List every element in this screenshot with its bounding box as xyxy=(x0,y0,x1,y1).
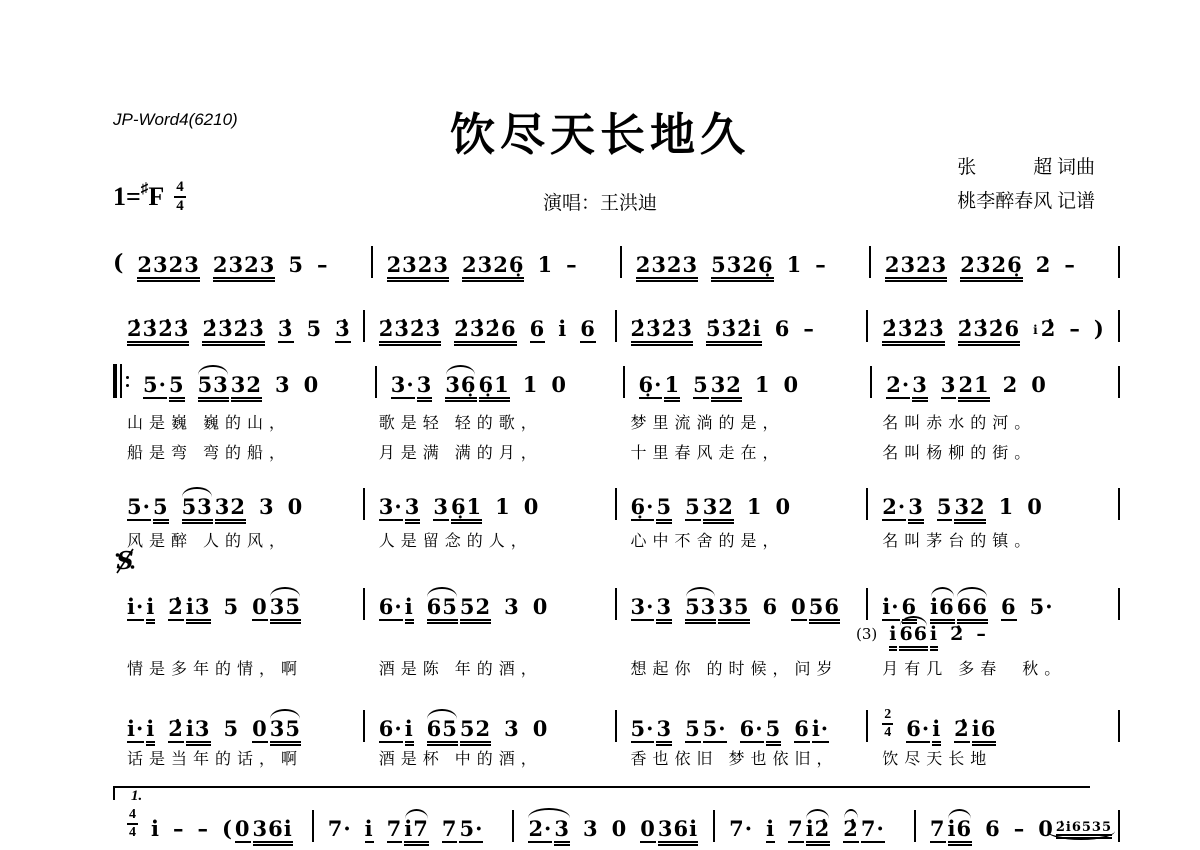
note-token: 5 xyxy=(693,373,709,402)
note-token: i xyxy=(405,717,414,746)
measure: 5·5533230 xyxy=(129,373,375,402)
note-token: 3 xyxy=(912,373,928,402)
note-token: 5 xyxy=(656,495,672,524)
note-token: 5 xyxy=(224,717,240,746)
measure: 2·330036i xyxy=(514,817,713,846)
note-token: 6̣1 xyxy=(451,495,482,524)
note-group: 3 xyxy=(275,373,291,402)
note-group: 2323 xyxy=(636,253,698,282)
note-token: – xyxy=(173,817,185,846)
third-verse-alternative: (3)i66i2̇– xyxy=(856,624,987,651)
lyric-cell: 心中不舍的是， xyxy=(617,528,869,551)
note-token: 2· xyxy=(886,373,910,402)
note-token: 35 xyxy=(718,595,749,624)
note-group: i66i xyxy=(889,624,938,651)
note-group: 6i· xyxy=(794,717,829,746)
note-group: 7· xyxy=(729,817,753,846)
note-group: 0 xyxy=(776,495,792,524)
note-group: – xyxy=(976,624,987,651)
slur-arc xyxy=(198,365,227,375)
lyric-cell: 船是弯 弯的船， xyxy=(113,440,365,463)
note-token: 5· xyxy=(703,717,727,746)
lyric-cell: 十里春风走在， xyxy=(617,440,869,463)
note-group: i xyxy=(558,317,567,346)
note-token: 36i xyxy=(658,817,698,846)
lyric-cell: 山是巍 巍的山， xyxy=(113,410,365,433)
lyric-cell: 情是多年的情，啊 xyxy=(113,656,365,679)
note-token: i xyxy=(146,717,155,746)
note-group: i666 xyxy=(930,595,988,624)
barline xyxy=(1118,246,1120,278)
note-token: 6· xyxy=(379,717,403,746)
note-token: 2̇3̇2̇3̇ xyxy=(127,317,189,346)
key-prefix: 1= xyxy=(113,182,141,212)
note-token: 7 xyxy=(930,817,946,846)
note-token: 2̇i6535 xyxy=(1056,821,1112,839)
open-paren: ( xyxy=(113,250,123,282)
note-group: 2 xyxy=(1036,253,1052,282)
score-page: JP-Word4(6210) 饮尽天长地久 张 超 词曲 桃李醉春风 记谱 演唱… xyxy=(0,0,1200,850)
slur-arc xyxy=(405,809,428,819)
note-group: 6·i xyxy=(906,717,941,746)
note-group: 24 xyxy=(882,710,893,746)
note-token: – xyxy=(1064,253,1076,282)
note-group: 75· xyxy=(442,817,484,846)
note-group: 3 xyxy=(259,495,275,524)
note-token: 1 xyxy=(537,253,553,282)
music-system-chorus-line-1: i·i2̇i350356·i6552303·353356056i·6i66665… xyxy=(113,578,1120,624)
note-group: 5335 xyxy=(685,595,749,624)
note-token: 6 xyxy=(794,717,810,746)
note-group: 36̣6̣1 xyxy=(445,373,509,402)
note-token: 6· xyxy=(740,717,764,746)
note-group: 2̇7· xyxy=(843,817,885,846)
note-token: 6̣1 xyxy=(479,373,510,402)
note-group: 6·i xyxy=(379,717,414,746)
note-token: – xyxy=(1069,317,1081,346)
note-group: 7i2̇ xyxy=(788,817,830,846)
slur-arc xyxy=(844,809,859,819)
volta-label: 1. xyxy=(131,788,142,805)
note-token: 35 xyxy=(270,595,301,624)
slur-arc xyxy=(528,808,570,818)
note-token: 1 xyxy=(495,495,511,524)
note-group: 5 xyxy=(307,317,323,346)
note-group: 7i6 xyxy=(930,817,972,846)
note-token: 2323 xyxy=(137,253,199,282)
note-group: 3 xyxy=(504,717,520,746)
note-group: – xyxy=(1014,817,1026,846)
note-group: – xyxy=(566,253,578,282)
time-signature: 24 xyxy=(882,708,893,740)
note-token: i xyxy=(365,817,374,846)
note-token: 65 xyxy=(427,717,458,746)
measure: 7i66–02̇i6535 xyxy=(916,817,1118,846)
note-group: 5̇3̇2̇i xyxy=(706,317,762,346)
note-token: 65 xyxy=(427,595,458,624)
note-token: 2̇3̇2̇3̇ xyxy=(631,317,693,346)
note-token: i2̇ xyxy=(806,817,831,846)
note-group: 2̇i6 xyxy=(954,717,996,746)
note-token: 6· xyxy=(379,595,403,624)
barline xyxy=(1118,710,1120,742)
slur-arc xyxy=(270,709,299,719)
note-token: i6 xyxy=(930,595,955,624)
note-token: 3· xyxy=(379,495,403,524)
note-group: 056 xyxy=(791,595,840,624)
note-group: 3·3 xyxy=(391,373,433,402)
measure: 3·336̣110 xyxy=(365,495,615,524)
note-token: 2· xyxy=(528,817,552,846)
note-token: 0 xyxy=(551,373,567,402)
note-group: 3·3 xyxy=(631,595,673,624)
note-token: 2̇3̇2̇3̇ xyxy=(202,317,264,346)
note-token: 1 xyxy=(523,373,539,402)
music-system-intro-line-1: (232323235–23232326̣1–23235326̣1–2323232… xyxy=(113,236,1120,282)
note-group: (036i xyxy=(222,817,293,846)
note-token: 6̣· xyxy=(639,373,663,402)
measure: 7·i7i775· xyxy=(314,817,513,846)
note-token: 3 xyxy=(583,817,599,846)
note-group: i·i xyxy=(127,717,155,746)
note-token: 2̇ xyxy=(954,717,970,746)
barline xyxy=(1118,488,1120,520)
note-group: 1 xyxy=(755,373,771,402)
note-token: 3̇ xyxy=(335,317,351,346)
note-group: 0 xyxy=(288,495,304,524)
note-group: 6 xyxy=(775,317,791,346)
note-token: i· xyxy=(127,595,144,624)
note-token: 53 xyxy=(182,495,213,524)
note-token: 3· xyxy=(391,373,415,402)
note-group: 44 xyxy=(127,810,138,846)
note-group: 6 xyxy=(530,317,546,346)
barline xyxy=(1118,310,1120,342)
note-token: 32 xyxy=(954,495,985,524)
note-group: 2323 xyxy=(137,253,199,282)
measure: 2̇3̇2̇3̇2̇3̇2̇3̇3̇53̇ xyxy=(113,317,363,346)
note-group: 2̇3̇2̇3̇ xyxy=(631,317,693,346)
note-token: 1 xyxy=(787,253,803,282)
note-group: – xyxy=(815,253,827,282)
note-token: i xyxy=(932,717,941,746)
note-token: 2323 xyxy=(213,253,275,282)
key-signature: 1=♯F 4 4 xyxy=(113,180,186,214)
note-token: 2 xyxy=(1003,373,1019,402)
note-token: 66 xyxy=(957,595,988,624)
note-token: 2326̣ xyxy=(960,253,1022,282)
measure: i·i2̇i35035 xyxy=(113,717,363,746)
note-group: 6·5 xyxy=(740,717,782,746)
note-group: 5 xyxy=(224,717,240,746)
measure: 2·353210 xyxy=(868,495,1118,524)
note-group: 02̇i6535 xyxy=(1038,817,1112,846)
music-system-intro-line-2: 2̇3̇2̇3̇2̇3̇2̇3̇3̇53̇2̇3̇2̇3̇2̇3̇2̇66i62… xyxy=(113,300,1120,346)
note-group: 6̣·5 xyxy=(631,495,673,524)
barline xyxy=(1118,810,1120,842)
note-token: 0 xyxy=(304,373,320,402)
note-token: – xyxy=(976,624,987,651)
measure: 23232326̣1– xyxy=(373,253,620,282)
note-group: 7· xyxy=(328,817,352,846)
note-token: ) xyxy=(1094,317,1105,346)
note-token: 2̇ xyxy=(950,624,964,651)
lyric-cell: 酒是陈 年的酒， xyxy=(365,656,617,679)
note-token: 32 xyxy=(215,495,246,524)
note-token: 0 xyxy=(1031,373,1047,402)
note-token: 6 xyxy=(985,817,1001,846)
note-token: 2 xyxy=(1036,253,1052,282)
note-token: 7 xyxy=(788,817,804,846)
note-group: 2̇i3 xyxy=(168,595,210,624)
note-token: 32 xyxy=(231,373,262,402)
slur-arc xyxy=(957,587,986,597)
note-group: 2̇ xyxy=(950,624,964,651)
note-token: 5 xyxy=(937,495,953,524)
note-group: 5326̣ xyxy=(711,253,773,282)
note-token: i7 xyxy=(404,817,429,846)
measure: 6·i655230 xyxy=(365,717,615,746)
note-token: i6 xyxy=(948,817,973,846)
lyric-row: 风是醉 人的风，人是留念的人，心中不舍的是，名叫茅台的镇。 xyxy=(113,528,1120,551)
measure: 23232326̣2– xyxy=(871,253,1118,282)
note-token: 2323 xyxy=(387,253,449,282)
note-group: 035 xyxy=(252,595,301,624)
note-token: 0 xyxy=(791,595,807,624)
note-group: 6·i xyxy=(379,595,414,624)
note-group: – xyxy=(1064,253,1076,282)
volta-bracket: 1. xyxy=(113,786,1090,800)
measure: 6·i655230 xyxy=(365,595,615,624)
note-group: 532 xyxy=(685,495,734,524)
note-group: 321 xyxy=(941,373,990,402)
measure: 246·i2̇i6 xyxy=(868,710,1118,746)
note-token: i xyxy=(146,595,155,624)
note-group: 2·3 xyxy=(886,373,928,402)
note-group: 5·5 xyxy=(127,495,169,524)
note-token: – xyxy=(566,253,578,282)
note-token: 1 xyxy=(664,373,680,402)
lyric-row: 情是多年的情，啊酒是陈 年的酒，想起你 的时候，问岁月有几 多春 秋。 xyxy=(113,656,1120,679)
note-group: 5 xyxy=(224,595,240,624)
note-group: 3 xyxy=(583,817,599,846)
note-group: 036i xyxy=(640,817,698,846)
measure: 2̇3̇2̇3̇2̇3̇2̇6i2̇–) xyxy=(868,317,1118,346)
lyric-cell: 风是醉 人的风， xyxy=(113,528,365,551)
note-token: i· xyxy=(127,717,144,746)
note-token: 6 xyxy=(1001,595,1017,624)
note-token: 0 xyxy=(776,495,792,524)
note-group: 0 xyxy=(524,495,540,524)
note-token: 3 xyxy=(417,373,433,402)
note-token: 2̇ xyxy=(843,817,859,846)
note-group: 6 xyxy=(763,595,779,624)
note-group: 6 xyxy=(985,817,1001,846)
note-token: 6 xyxy=(775,317,791,346)
note-token: i xyxy=(930,624,938,651)
note-token: 0 xyxy=(640,817,656,846)
note-token: i3 xyxy=(186,595,211,624)
note-token: 3 xyxy=(275,373,291,402)
note-token: 5 xyxy=(766,717,782,746)
music-system-chorus-line-2: i·i2̇i350356·i6552305·355·6·56i·246·i2̇i… xyxy=(113,700,1120,746)
note-token: 7· xyxy=(328,817,352,846)
note-group: 1 xyxy=(747,495,763,524)
note-token: 2̇3̇2̇6 xyxy=(454,317,516,346)
lyric-cell: 名叫赤水的河。 xyxy=(868,410,1120,433)
note-group: 5332 xyxy=(198,373,262,402)
note-group: – xyxy=(197,817,209,846)
note-token: 2̇3̇2̇3̇ xyxy=(379,317,441,346)
note-token: i· xyxy=(812,717,829,746)
note-token: 2̇ xyxy=(1041,317,1057,346)
note-token: 53 xyxy=(198,373,229,402)
measure: 6̣·553210 xyxy=(617,495,867,524)
slur-arc xyxy=(446,365,475,375)
lyric-row: 船是弯 弯的船，月是满 满的月，十里春风走在，名叫杨柳的街。 xyxy=(113,440,1120,463)
note-group: 0 xyxy=(1027,495,1043,524)
note-group: i xyxy=(766,817,775,846)
note-token: 36̣ xyxy=(445,373,476,402)
note-group: 2326̣ xyxy=(462,253,524,282)
meter-signature: 4 4 xyxy=(174,180,186,214)
note-token: 5 xyxy=(169,373,185,402)
lyric-row: 话是当年的话，啊酒是杯 中的酒，香也依旧 梦也依旧，饮尽天长地 xyxy=(113,746,1120,769)
note-group: 6 xyxy=(1001,595,1017,624)
note-group: 2̇3̇2̇3̇ xyxy=(127,317,189,346)
note-token: 5̇3̇2̇i xyxy=(706,317,762,346)
credit-words-music: 张 超 词曲 xyxy=(957,152,1095,179)
note-group: 2̇3̇2̇3̇ xyxy=(882,317,944,346)
note-token: 0 xyxy=(533,717,549,746)
note-token: 7· xyxy=(861,817,885,846)
note-token: 2· xyxy=(882,495,906,524)
note-token: 0 xyxy=(1027,495,1043,524)
note-token: i xyxy=(151,817,160,846)
time-signature: 44 xyxy=(127,808,138,840)
note-group: 5· xyxy=(1030,595,1054,624)
barline xyxy=(1118,588,1120,620)
note-group: – xyxy=(803,317,815,346)
note-token: 2323 xyxy=(885,253,947,282)
measure: i·i2̇i35035 xyxy=(113,595,363,624)
lyric-cell: 梦里流淌的是， xyxy=(617,410,869,433)
note-token: i· xyxy=(882,595,899,624)
measure: 7·i7i2̇2̇7· xyxy=(715,817,914,846)
measure: 232323235– xyxy=(123,253,370,282)
segno-icon: S xyxy=(114,546,136,581)
note-token: 5 xyxy=(307,317,323,346)
note-token: 53 xyxy=(685,595,716,624)
note-token: – xyxy=(803,317,815,346)
note-token: 5· xyxy=(631,717,655,746)
note-token: i3 xyxy=(186,717,211,746)
note-group: 2̇i3 xyxy=(168,717,210,746)
note-token: ( xyxy=(222,817,233,846)
note-group: 035 xyxy=(252,717,301,746)
note-token: 5· xyxy=(459,817,483,846)
note-token: 3 xyxy=(504,717,520,746)
slur-arc xyxy=(686,587,715,597)
note-token: 3 xyxy=(941,373,957,402)
note-token: 3 xyxy=(405,495,421,524)
note-group: ) xyxy=(1094,317,1105,346)
lyric-cell: 月有几 多春 秋。 xyxy=(868,656,1120,679)
measure: 2·332120 xyxy=(872,373,1118,402)
note-group: i xyxy=(365,817,374,846)
note-token: 5 xyxy=(153,495,169,524)
note-token: 3 xyxy=(908,495,924,524)
note-token: 1 xyxy=(755,373,771,402)
key-tonic: F xyxy=(148,182,164,212)
note-token: 5326̣ xyxy=(711,253,773,282)
note-group: 5·5 xyxy=(143,373,185,402)
music-system-verse-line-2: 5·55332303·336̣1106̣·5532102·353210 xyxy=(113,478,1120,524)
note-token: 5· xyxy=(143,373,167,402)
note-token: 6· xyxy=(906,717,930,746)
lyric-cell: 话是当年的话，啊 xyxy=(113,746,365,769)
note-group: 55· xyxy=(685,717,727,746)
note-token: 5 xyxy=(224,595,240,624)
slur-arc xyxy=(427,709,456,719)
note-group: 1 xyxy=(999,495,1015,524)
note-token: 3· xyxy=(631,595,655,624)
note-token: 0 xyxy=(288,495,304,524)
note-token: i xyxy=(405,595,414,624)
slur-arc xyxy=(427,587,456,597)
slur-arc xyxy=(806,809,829,819)
note-token: 35 xyxy=(270,717,301,746)
note-token: 3 xyxy=(656,717,672,746)
note-token: 2̇ xyxy=(168,595,184,624)
music-system-verse-line-1: 5·55332303·336̣6̣1106̣·1532102·332120 xyxy=(113,356,1120,402)
note-group: i2̇ xyxy=(1033,317,1056,346)
note-group: – xyxy=(317,253,329,282)
note-token: i6 xyxy=(972,717,997,746)
slur-arc xyxy=(1047,831,1114,840)
note-token: – xyxy=(1014,817,1026,846)
note-group: 1 xyxy=(523,373,539,402)
measure: 44i––(036i xyxy=(113,810,312,846)
note-group: 2̇3̇2̇3̇ xyxy=(202,317,264,346)
note-group: 2323 xyxy=(387,253,449,282)
barline xyxy=(1118,366,1120,398)
measure: 23235326̣1– xyxy=(622,253,869,282)
grace-note: i xyxy=(1033,324,1039,337)
note-group: 2·3 xyxy=(528,817,570,846)
note-token: 1 xyxy=(747,495,763,524)
lyric-cell: 人是留念的人， xyxy=(365,528,617,551)
measure: 2̇3̇2̇3̇5̇3̇2̇i6– xyxy=(617,317,867,346)
note-token: – xyxy=(815,253,827,282)
measure: 2̇3̇2̇3̇2̇3̇2̇66i6 xyxy=(365,317,615,346)
note-token: 2̇3̇2̇3̇ xyxy=(882,317,944,346)
note-token: 0 xyxy=(533,595,549,624)
note-token: 32 xyxy=(703,495,734,524)
note-group: 0 xyxy=(304,373,320,402)
note-token: 3 xyxy=(433,495,449,524)
measure: 5·355·6·56i· xyxy=(617,717,867,746)
note-token: i xyxy=(558,317,567,346)
lyric-cell: 香也依旧 梦也依旧， xyxy=(617,746,869,769)
note-group: 3̇ xyxy=(335,317,351,346)
note-group: 6 xyxy=(580,317,596,346)
note-token: 0 xyxy=(784,373,800,402)
note-group: 1 xyxy=(495,495,511,524)
note-group: 5·3 xyxy=(631,717,673,746)
note-group: 1 xyxy=(787,253,803,282)
note-group: 2323 xyxy=(885,253,947,282)
